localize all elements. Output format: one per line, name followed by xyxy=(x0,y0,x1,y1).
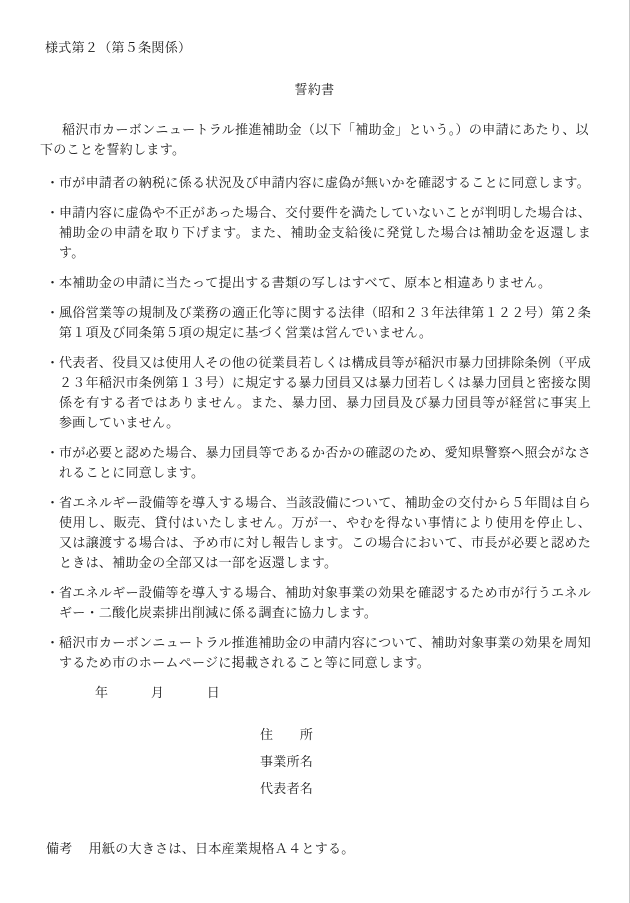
pledge-item-text: 省エネルギー設備等を導入する場合、補助対象事業の効果を確認するため市が行うエネル… xyxy=(59,583,591,623)
signature-block: 住 所 事業所名 代表者名 xyxy=(0,725,629,799)
date-year-label: 年 xyxy=(95,683,108,703)
pledge-item-text: 代表者、役員又は使用人その他の従業員若しくは構成員等が稲沢市暴力団排除条例（平成… xyxy=(59,353,591,433)
signature-field-representative-name: 代表者名 xyxy=(260,779,629,799)
pledge-item-text: 市が申請者の納税に係る状況及び申請内容に虚偽が無いかを確認することに同意します。 xyxy=(59,173,591,193)
bullet-marker: ・ xyxy=(46,633,59,673)
pledge-item: ・ 省エネルギー設備等を導入する場合、当該設備について、補助金の交付から５年間は… xyxy=(46,493,591,573)
pledge-document-page: 様式第２（第５条関係） 誓約書 稲沢市カーボンニュートラル推進補助金（以下「補助… xyxy=(0,0,630,903)
date-day-label: 日 xyxy=(207,683,220,703)
bullet-marker: ・ xyxy=(46,353,59,433)
bullet-marker: ・ xyxy=(46,203,59,263)
remark-label: 備考 xyxy=(46,841,73,856)
document-title: 誓約書 xyxy=(0,80,629,100)
intro-paragraph: 稲沢市カーボンニュートラル推進補助金（以下「補助金」という。）の申請にあたり、以… xyxy=(40,120,589,160)
date-month-label: 月 xyxy=(151,683,164,703)
bullet-marker: ・ xyxy=(46,273,59,293)
pledge-item: ・ 代表者、役員又は使用人その他の従業員若しくは構成員等が稲沢市暴力団排除条例（… xyxy=(46,353,591,433)
pledge-item-text: 風俗営業等の規制及び業務の適正化等に関する法律（昭和２３年法律第１２２号）第２条… xyxy=(59,303,591,343)
bullet-marker: ・ xyxy=(46,583,59,623)
pledge-item: ・ 申請内容に虚偽や不正があった場合、交付要件を満たしていないことが判明した場合… xyxy=(46,203,591,263)
pledge-item-text: 省エネルギー設備等を導入する場合、当該設備について、補助金の交付から５年間は自ら… xyxy=(59,493,591,573)
bullet-marker: ・ xyxy=(46,303,59,343)
pledge-item-text: 本補助金の申請に当たって提出する書類の写しはすべて、原本と相違ありません。 xyxy=(59,273,591,293)
bullet-marker: ・ xyxy=(46,493,59,573)
pledge-item: ・ 省エネルギー設備等を導入する場合、補助対象事業の効果を確認するため市が行うエ… xyxy=(46,583,591,623)
pledge-item: ・ 本補助金の申請に当たって提出する書類の写しはすべて、原本と相違ありません。 xyxy=(46,273,591,293)
remark-line: 備考用紙の大きさは、日本産業規格Ａ４とする。 xyxy=(0,839,629,859)
pledge-item: ・ 風俗営業等の規制及び業務の適正化等に関する法律（昭和２３年法律第１２２号）第… xyxy=(46,303,591,343)
remark-text: 用紙の大きさは、日本産業規格Ａ４とする。 xyxy=(89,841,355,856)
date-line: 年 月 日 xyxy=(0,683,629,703)
pledge-item-text: 市が必要と認めた場合、暴力団員等であるか否かの確認のため、愛知県警察へ照会がなさ… xyxy=(59,443,591,483)
signature-field-address: 住 所 xyxy=(260,725,629,745)
pledge-item-text: 稲沢市カーボンニュートラル推進補助金の申請内容について、補助対象事業の効果を周知… xyxy=(59,633,591,673)
form-number: 様式第２（第５条関係） xyxy=(0,38,629,58)
bullet-marker: ・ xyxy=(46,443,59,483)
pledge-item-text: 申請内容に虚偽や不正があった場合、交付要件を満たしていないことが判明した場合は、… xyxy=(59,203,591,263)
bullet-marker: ・ xyxy=(46,173,59,193)
pledge-item: ・ 市が必要と認めた場合、暴力団員等であるか否かの確認のため、愛知県警察へ照会が… xyxy=(46,443,591,483)
signature-field-business-name: 事業所名 xyxy=(260,752,629,772)
pledge-item: ・ 稲沢市カーボンニュートラル推進補助金の申請内容について、補助対象事業の効果を… xyxy=(46,633,591,673)
pledge-list: ・ 市が申請者の納税に係る状況及び申請内容に虚偽が無いかを確認することに同意しま… xyxy=(0,173,629,673)
pledge-item: ・ 市が申請者の納税に係る状況及び申請内容に虚偽が無いかを確認することに同意しま… xyxy=(46,173,591,193)
